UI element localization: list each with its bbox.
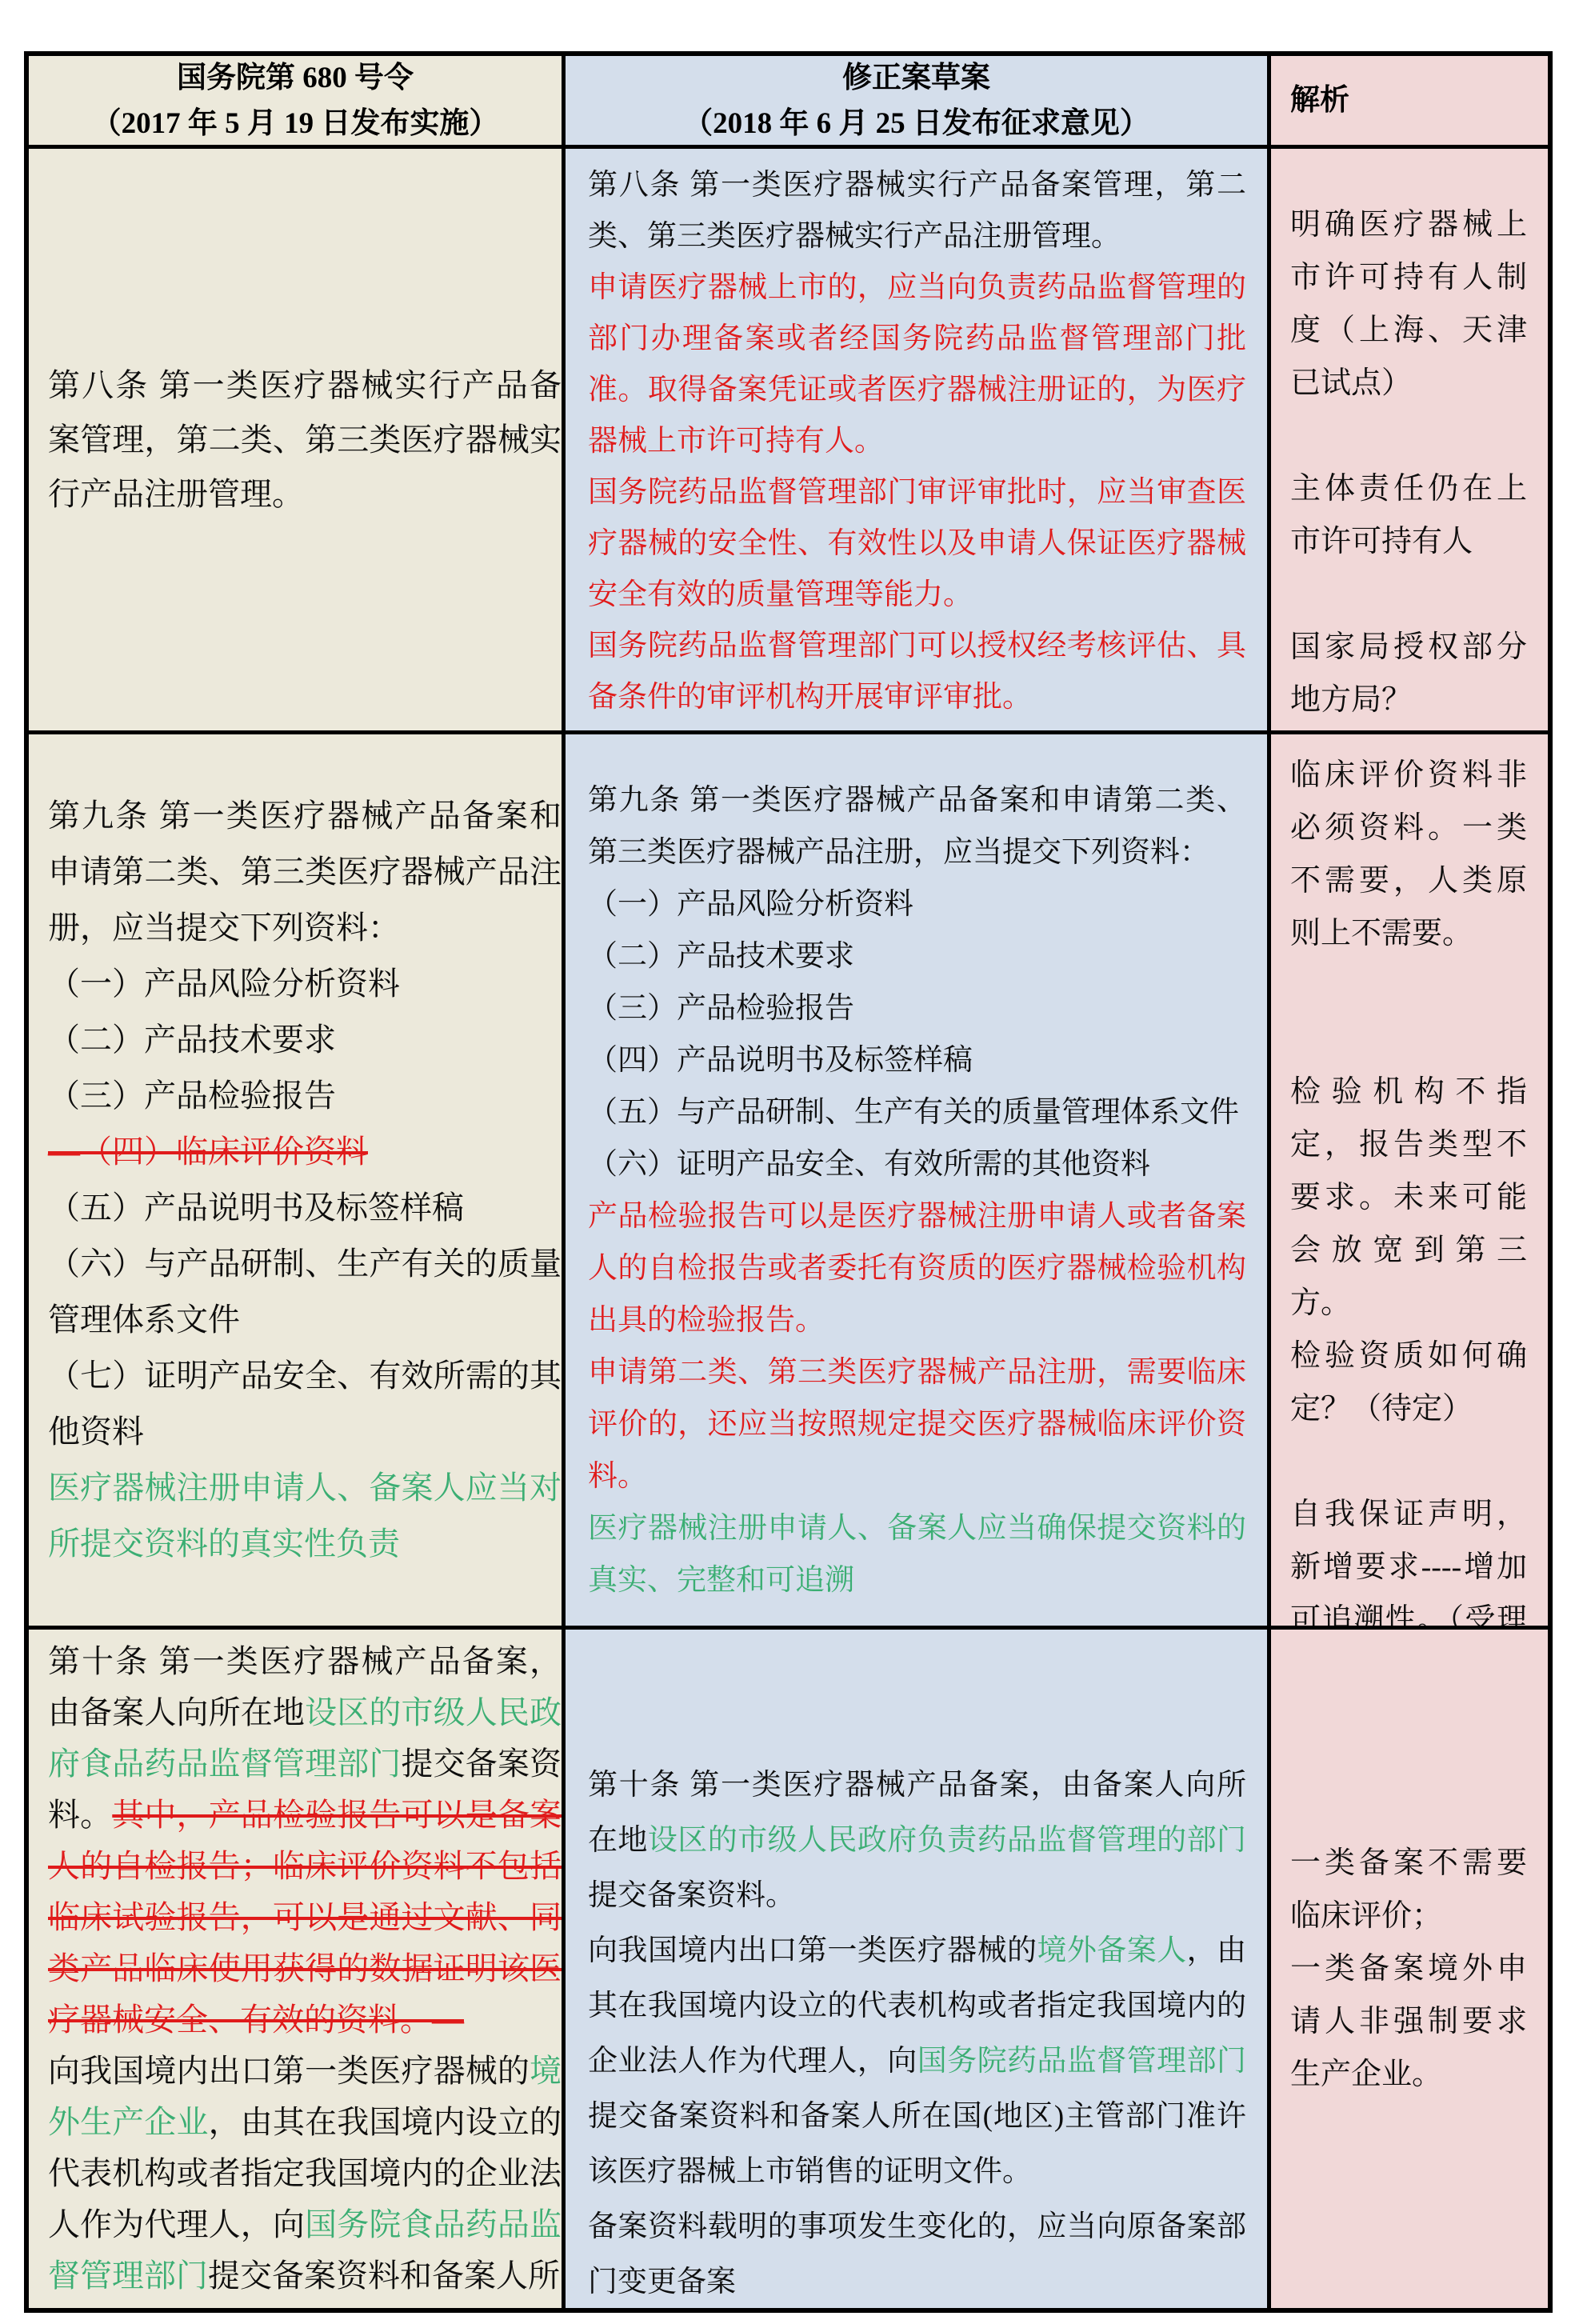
text-paragraph: 第八条 第一类医疗器械实行产品备案管理，第二类、第三类医疗器械实行产品注册管理。 (48, 358, 562, 522)
cell-article10-draft: 第十条 第一类医疗器械产品备案，由备案人向所在地设区的市级人民政府负责药品监督管… (566, 1630, 1271, 2308)
text-paragraph: （四）产品说明书及标签样稿 (588, 1034, 1246, 1086)
text-paragraph: （五）与产品研制、生产有关的质量管理体系文件 (588, 1086, 1246, 1138)
cell-article10-original: 第十条 第一类医疗器械产品备案，由备案人向所在地设区的市级人民政府食品药品监督管… (29, 1630, 566, 2308)
text-paragraph: （七）证明产品安全、有效所需的其他资料 (48, 1348, 562, 1460)
header-old-title: 国务院第 680 号令 (177, 56, 414, 101)
header-draft-amendment: 修正案草案 （2018 年 6 月 25 日发布征求意见） (566, 56, 1271, 149)
text-paragraph: 第九条 第一类医疗器械产品备案和申请第二类、第三类医疗器械产品注册，应当提交下列… (588, 774, 1246, 878)
text-paragraph: 产品检验报告可以是医疗器械注册申请人或者备案人的自检报告或者委托有资质的医疗器械… (588, 1190, 1246, 1346)
blank-line (1290, 1435, 1527, 1488)
text-paragraph: （一）产品风险分析资料 (588, 878, 1246, 930)
text-paragraph: 申请第二类、第三类医疗器械产品注册，需要临床评价的，还应当按照规定提交医疗器械临… (588, 1346, 1246, 1502)
blank-line (1290, 568, 1527, 621)
text-paragraph: 医疗器械注册申请人、备案人应当对所提交资料的真实性负责 (48, 1460, 562, 1572)
text-paragraph: （六）与产品研制、生产有关的质量管理体系文件 (48, 1236, 562, 1348)
text-paragraph: 第十条 第一类医疗器械产品备案，由备案人向所在地设区的市级人民政府食品药品监督管… (48, 1636, 562, 2046)
blank-line (1290, 1013, 1527, 1066)
text-paragraph: 明确医疗器械上市许可持有人制度（上海、天津已试点） (1290, 198, 1527, 410)
header-old-date: （2017 年 5 月 19 日发布实施） (92, 101, 499, 146)
cell-article10-analysis: 一类备案不需要临床评价；一类备案境外申请人非强制要求生产企业。 (1271, 1630, 1548, 2308)
text-paragraph: 第八条 第一类医疗器械实行产品备案管理，第二类、第三类医疗器械实行产品注册管理。 (588, 160, 1246, 262)
text-paragraph: 一类备案不需要临床评价； (1290, 1837, 1527, 1942)
text-paragraph: 国务院药品监督管理部门可以授权经考核评估、具备条件的审评机构开展审评审批。 (588, 621, 1246, 723)
text-paragraph: （五）产品说明书及标签样稿 (48, 1180, 562, 1236)
text-paragraph: 申请医疗器械上市的，应当向负责药品监督管理的部门办理备案或者经国务院药品监督管理… (588, 262, 1246, 467)
text-paragraph: （六）证明产品安全、有效所需的其他资料 (588, 1138, 1246, 1190)
header-old-regulation: 国务院第 680 号令 （2017 年 5 月 19 日发布实施） (29, 56, 566, 149)
text-paragraph: （三）产品检验报告 (48, 1068, 562, 1124)
text-paragraph: 检验资质如何确定？（待定） (1290, 1330, 1527, 1435)
header-draft-date: （2018 年 6 月 25 日发布征求意见） (683, 101, 1149, 146)
cell-article9-analysis: 临床评价资料非必须资料。一类不需要，人类原则上不需要。检验机构不指定，报告类型不… (1271, 734, 1548, 1630)
header-draft-title: 修正案草案 (842, 56, 990, 101)
text-paragraph: 医疗器械注册申请人、备案人应当确保提交资料的真实、完整和可追溯 (588, 1502, 1246, 1606)
blank-line (1290, 960, 1527, 1013)
cell-article9-draft: 第九条 第一类医疗器械产品备案和申请第二类、第三类医疗器械产品注册，应当提交下列… (566, 734, 1271, 1630)
text-paragraph: （三）产品检验报告 (588, 982, 1246, 1034)
cell-article8-draft: 第八条 第一类医疗器械实行产品备案管理，第二类、第三类医疗器械实行产品注册管理。… (566, 149, 1271, 734)
text-paragraph: 国家局授权部分地方局？ (1290, 621, 1527, 726)
text-paragraph: 第十条 第一类医疗器械产品备案，由备案人向所在地设区的市级人民政府负责药品监督管… (588, 1758, 1246, 1923)
text-paragraph: （一）产品风险分析资料 (48, 956, 562, 1012)
text-paragraph: 向我国境内出口第一类医疗器械的境外生产企业，由其在我国境内设立的代表机构或者指定… (48, 2046, 562, 2302)
text-paragraph: 备案资料载明的事项发生变化的，应当向原备案部门变更备案 (588, 2199, 1246, 2308)
text-paragraph: 国务院药品监督管理部门审评审批时，应当审查医疗器械的安全性、有效性以及申请人保证… (588, 467, 1246, 621)
cell-article9-original: 第九条 第一类医疗器械产品备案和申请第二类、第三类医疗器械产品注册，应当提交下列… (29, 734, 566, 1630)
cell-article8-analysis: 明确医疗器械上市许可持有人制度（上海、天津已试点）主体责任仍在上市许可持有人国家… (1271, 149, 1548, 734)
text-paragraph: 临床评价资料非必须资料。一类不需要，人类原则上不需要。 (1290, 749, 1527, 960)
text-paragraph: 第九条 第一类医疗器械产品备案和申请第二类、第三类医疗器械产品注册，应当提交下列… (48, 788, 562, 956)
text-paragraph: （二）产品技术要求 (588, 930, 1246, 982)
cell-article8-original: 第八条 第一类医疗器械实行产品备案管理，第二类、第三类医疗器械实行产品注册管理。 (29, 149, 566, 734)
text-paragraph: 检验机构不指定，报告类型不要求。未来可能会放宽到第三方。 (1290, 1066, 1527, 1330)
text-paragraph: 自我保证声明，新增要求----增加可追溯性。（受理时） (1290, 1488, 1527, 1630)
text-paragraph: （二）产品技术要求 (48, 1012, 562, 1068)
text-paragraph: —（四）临床评价资料 (48, 1124, 562, 1180)
blank-line (1290, 410, 1527, 462)
text-paragraph: 向我国境内出口第一类医疗器械的境外备案人，由其在我国境内设立的代表机构或者指定我… (588, 1923, 1246, 2199)
regulation-comparison-table: 国务院第 680 号令 （2017 年 5 月 19 日发布实施） 修正案草案 … (24, 51, 1553, 2313)
header-analysis-title: 解析 (1290, 78, 1349, 123)
text-paragraph: 一类备案境外申请人非强制要求生产企业。 (1290, 1942, 1527, 2101)
text-paragraph: 主体责任仍在上市许可持有人 (1290, 462, 1527, 568)
header-analysis: 解析 (1271, 56, 1548, 149)
